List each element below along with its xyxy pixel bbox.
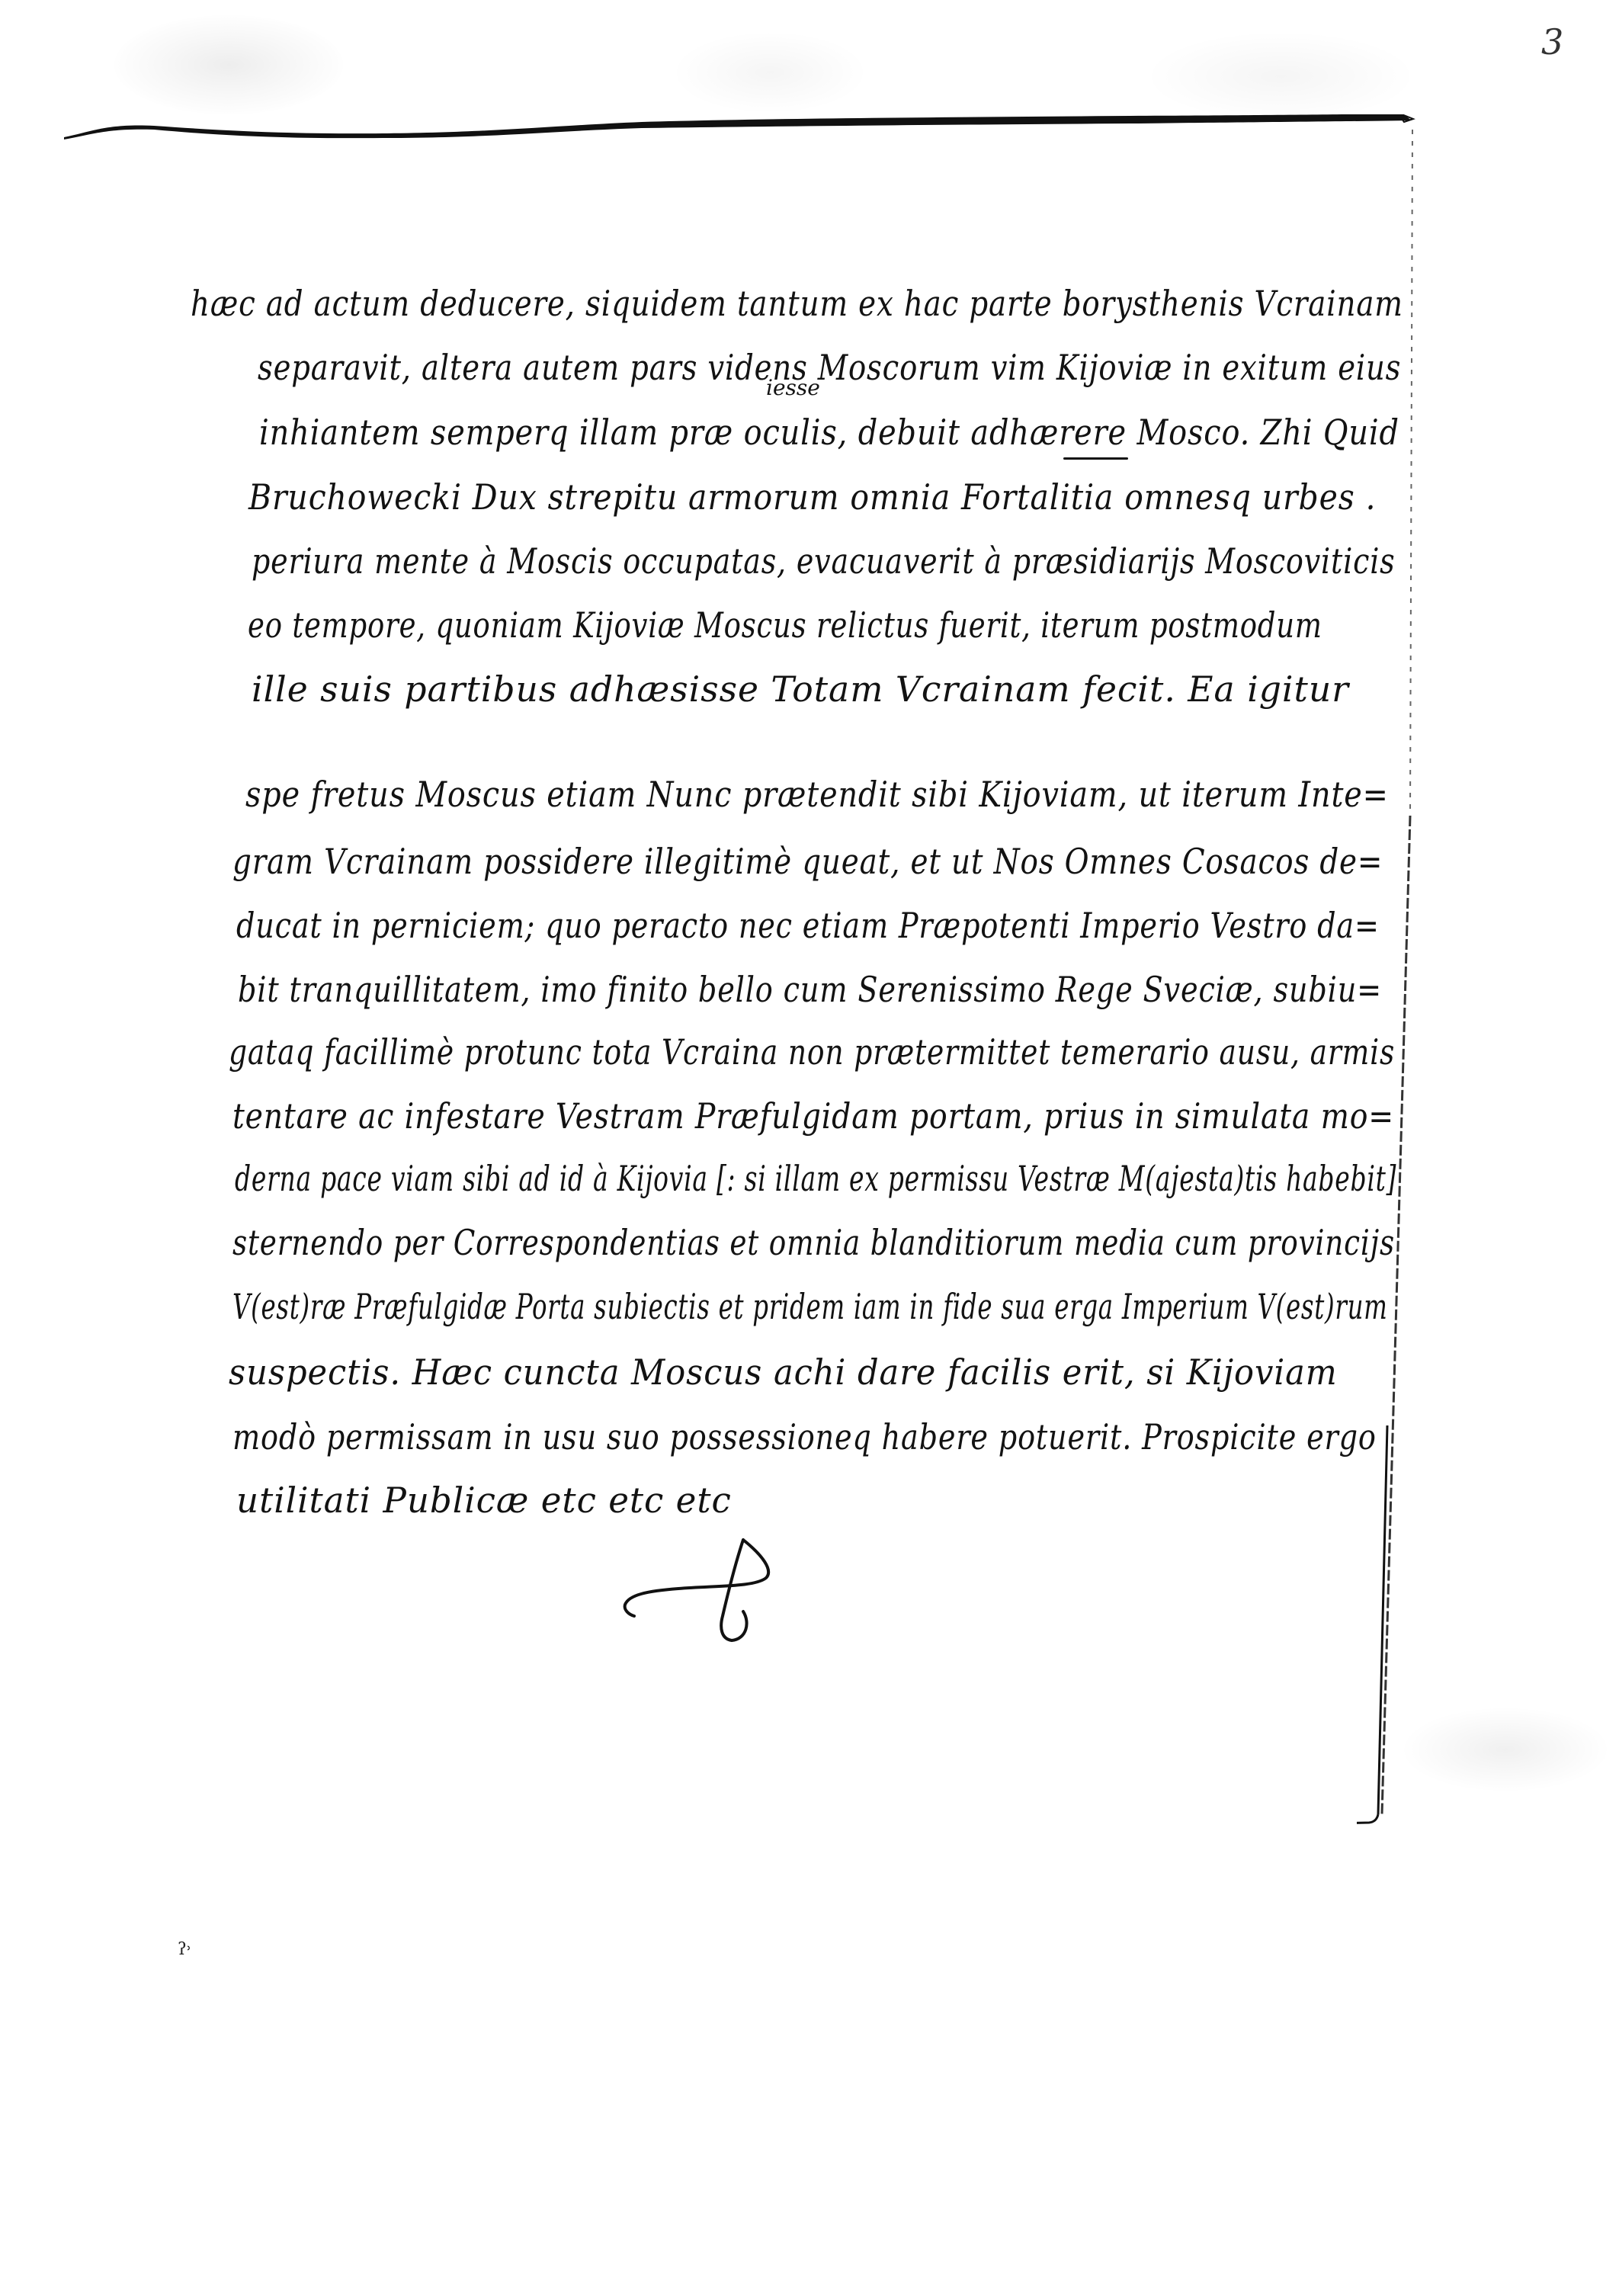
text-line-9: gram Vcrainam possidere illegitimè queat… — [232, 839, 1383, 884]
interlinear-insertion: iesse — [766, 375, 820, 400]
text-line-14: derna pace viam sibi ad id à Kijovia [: … — [235, 1156, 1396, 1201]
text-line-8: spe fretus Moscus etiam Nunc prætendit s… — [245, 771, 1389, 817]
text-line-11: bit tranquillitatem, imo finito bello cu… — [238, 967, 1382, 1012]
ink-bleed-through — [1403, 1708, 1608, 1791]
underline-mark — [1063, 457, 1128, 460]
text-line-12: gataq facillimè protunc tota Vcraina non… — [229, 1029, 1395, 1075]
stray-ink-mark: ʔ˒ — [178, 1940, 192, 1959]
text-line-6: eo tempore, quoniam Kijoviæ Moscus relic… — [248, 602, 1322, 648]
text-line-18: modò permissam in usu suo possessioneq h… — [232, 1414, 1377, 1460]
text-line-19: utilitati Publicæ etc etc etc — [236, 1477, 732, 1523]
scan-smudge — [671, 30, 869, 114]
text-line-13: tentare ac infestare Vestram Præfulgidam… — [232, 1093, 1394, 1139]
text-line-2: separavit, altera autem pars videns Mosc… — [258, 345, 1401, 390]
text-line-16: V(est)ræ Præfulgidæ Porta subiectis et p… — [232, 1284, 1388, 1329]
page-number: 3 — [1541, 21, 1563, 63]
text-line-4: Bruchowecki Dux strepitu armorum omnia F… — [248, 474, 1376, 520]
header-rule-line — [63, 114, 1419, 145]
text-line-7: ille suis partibus adhæsisse Totam Vcrai… — [252, 666, 1349, 712]
scan-smudge — [114, 15, 343, 114]
text-line-17: suspectis. Hæc cuncta Moscus achi dare f… — [229, 1349, 1338, 1395]
text-line-3: inhiantem semperq illam præ oculis, debu… — [259, 409, 1399, 455]
text-line-15: sternendo per Correspondentias et omnia … — [232, 1220, 1395, 1265]
text-line-10: ducat in perniciem; quo peracto nec etia… — [236, 903, 1380, 948]
scan-smudge — [1143, 30, 1418, 122]
closing-flourish — [587, 1532, 785, 1647]
text-line-5: periura mente à Moscis occupatas, evacua… — [252, 538, 1395, 584]
text-line-1: hæc ad actum deducere, siquidem tantum e… — [191, 281, 1403, 326]
manuscript-page: 3 hæc ad actum deducere, siquidem tantum… — [0, 0, 1619, 2296]
